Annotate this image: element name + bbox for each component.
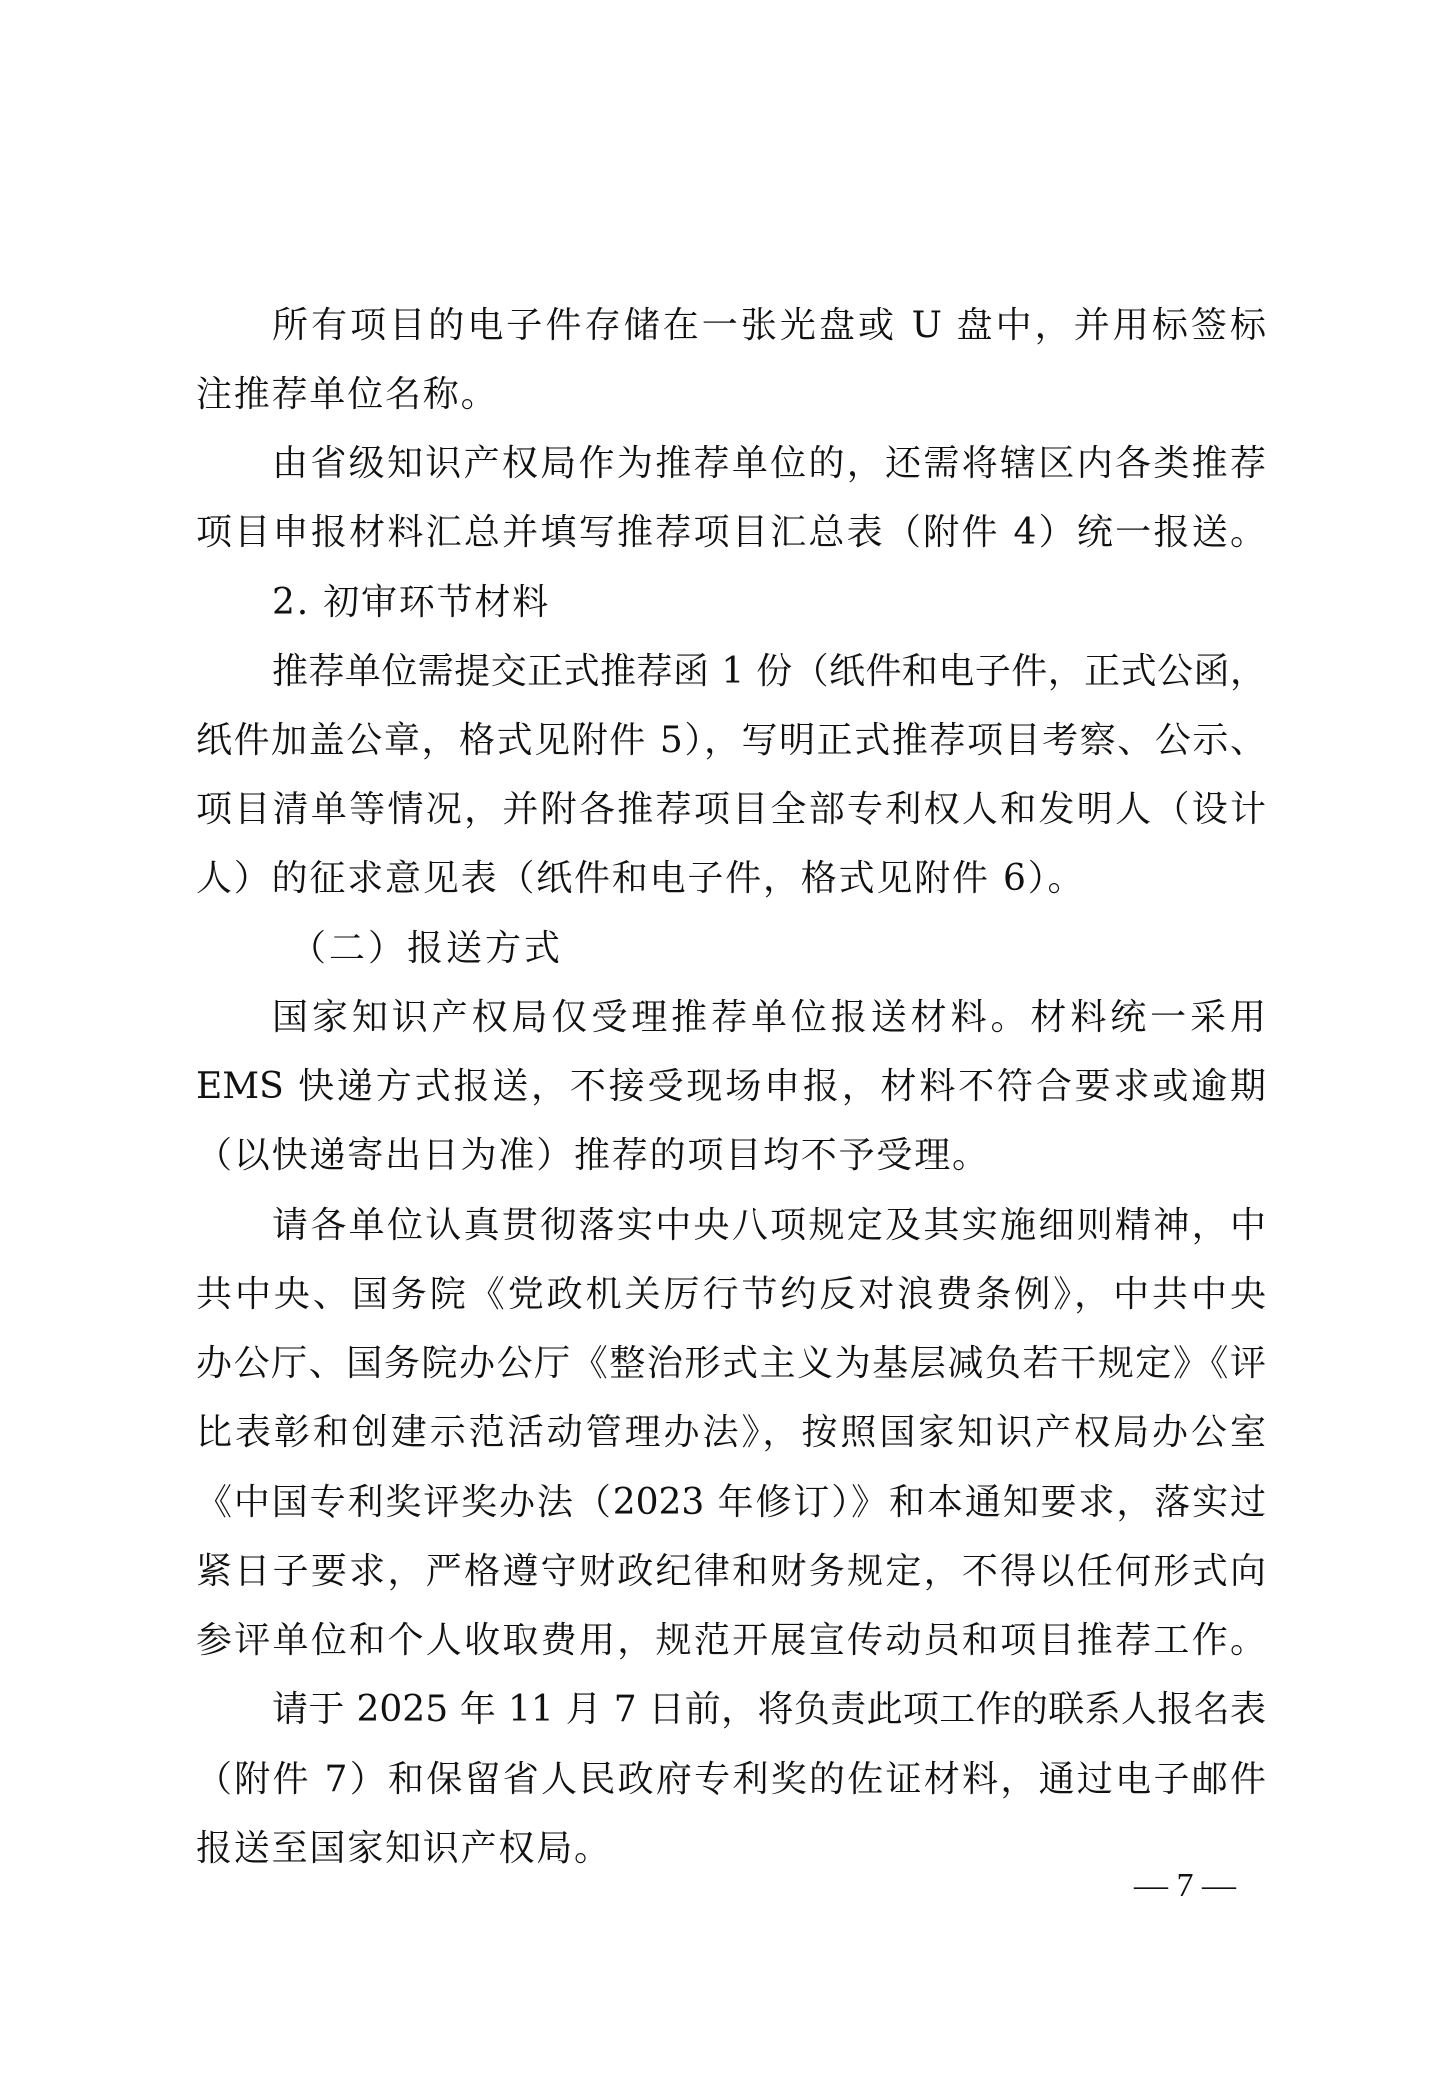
paragraph-4-line-3: （以快递寄出日为准）推荐的项目均不予受理。 [196, 1133, 1266, 1179]
paragraph-5-line-2: 共中央、国务院《党政机关厉行节约反对浪费条例》，中共中央 [196, 1272, 1266, 1318]
paragraph-2-line-1: 由省级知识产权局作为推荐单位的，还需将辖区内各类推荐 [272, 441, 1266, 487]
page-number: — 7 — [1110, 1864, 1260, 1908]
paragraph-6-line-1: 请于 2025 年 11 月 7 日前，将负责此项工作的联系人报名表 [272, 1687, 1266, 1733]
paragraph-5-line-5: 《中国专利奖评奖办法（2023 年修订）》和本通知要求，落实过 [196, 1480, 1266, 1526]
paragraph-4-line-1: 国家知识产权局仅受理推荐单位报送材料。材料统一采用 [272, 995, 1266, 1041]
paragraph-6-line-3: 报送至国家知识产权局。 [196, 1826, 1266, 1872]
paragraph-5-line-6: 紧日子要求，严格遵守财政纪律和财务规定，不得以任何形式向 [196, 1549, 1266, 1595]
paragraph-1-line-2: 注推荐单位名称。 [196, 372, 1266, 418]
document-page: 所有项目的电子件存储在一张光盘或 U 盘中，并用标签标 注推荐单位名称。 由省级… [0, 0, 1450, 2100]
paragraph-3-line-1: 推荐单位需提交正式推荐函 1 份（纸件和电子件，正式公函， [272, 649, 1266, 695]
paragraph-3-line-4: 人）的征求意见表（纸件和电子件，格式见附件 6）。 [196, 856, 1266, 902]
paragraph-5-line-4: 比表彰和创建示范活动管理办法》，按照国家知识产权局办公室 [196, 1410, 1266, 1456]
paragraph-1-line-1: 所有项目的电子件存储在一张光盘或 U 盘中，并用标签标 [272, 303, 1266, 349]
section-heading-initial-review-materials: 2. 初审环节材料 [272, 580, 1266, 626]
paragraph-5-line-3: 办公厅、国务院办公厅《整治形式主义为基层减负若干规定》《评 [196, 1341, 1266, 1387]
paragraph-3-line-2: 纸件加盖公章，格式见附件 5），写明正式推荐项目考察、公示、 [196, 718, 1266, 764]
paragraph-5-line-1: 请各单位认真贯彻落实中央八项规定及其实施细则精神，中 [272, 1203, 1266, 1249]
paragraph-4-line-2: EMS 快递方式报送，不接受现场申报，材料不符合要求或逾期 [196, 1064, 1266, 1110]
section-heading-submission-method: （二）报送方式 [290, 926, 690, 972]
paragraph-5-line-7: 参评单位和个人收取费用，规范开展宣传动员和项目推荐工作。 [196, 1618, 1266, 1664]
paragraph-2-line-2: 项目申报材料汇总并填写推荐项目汇总表（附件 4）统一报送。 [196, 510, 1266, 556]
paragraph-3-line-3: 项目清单等情况，并附各推荐项目全部专利权人和发明人（设计 [196, 787, 1266, 833]
paragraph-6-line-2: （附件 7）和保留省人民政府专利奖的佐证材料，通过电子邮件 [196, 1757, 1266, 1803]
